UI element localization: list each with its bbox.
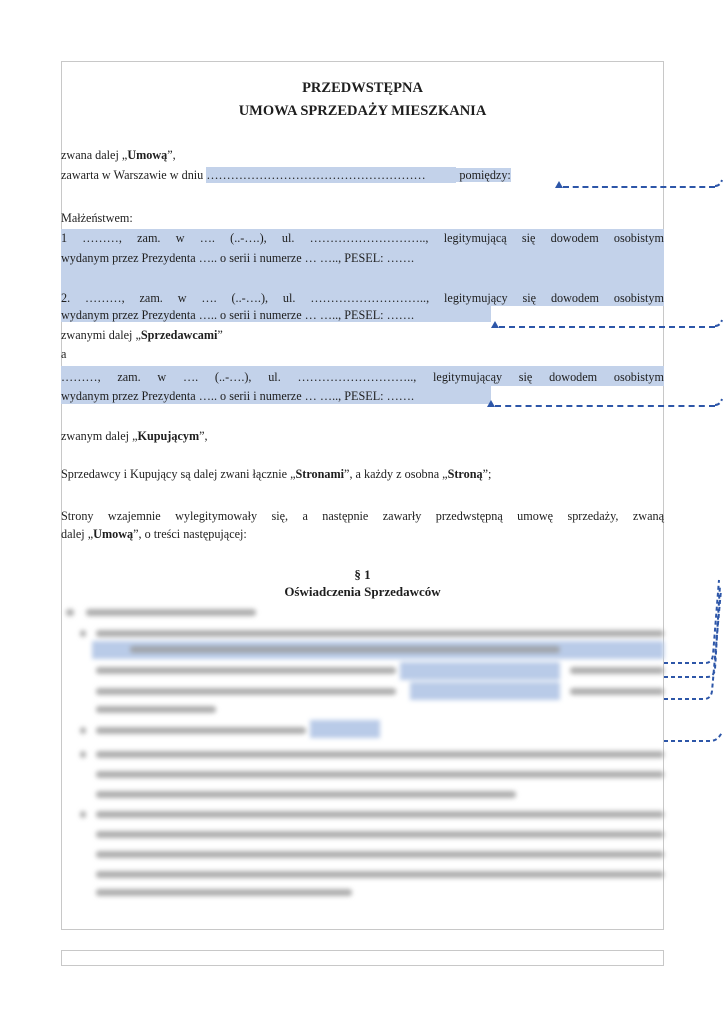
comment-connectors-lower xyxy=(0,0,724,1024)
